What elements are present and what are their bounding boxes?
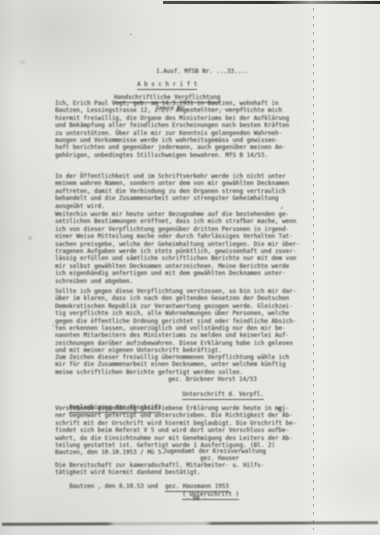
fold-line — [313, 8, 314, 530]
paragraph-2: In der Öffentlichkeit und im Schriftverk… — [55, 174, 289, 211]
text-line: ich eigenhändig anfertigen und mit dem g… — [55, 271, 300, 278]
certification-body: Vorstehende eigenhändig geschriebene Erk… — [55, 406, 296, 450]
text-line: gegen die öffentliche Ordnung gerichtet … — [55, 319, 296, 326]
margin-mark-dot: . — [129, 31, 133, 38]
text-line: Bautzen, Lessingstrasse 12, z.Zt. Angest… — [55, 108, 289, 115]
text-line: wahrt, da die Einsichtnahme nur mit Gene… — [55, 436, 296, 443]
scan-edge-artifact-top — [163, 1, 380, 4]
paper-speck — [52, 324, 55, 327]
text-line: behandelt und die Zusammenarbeit unter s… — [55, 196, 289, 203]
text-line: ausgeübt wird. — [55, 204, 289, 211]
text-line: schreiben und abgeben. — [55, 279, 300, 286]
page-number: - 98 - — [55, 496, 337, 503]
text-line: sachen preisgebe, welche der Geheimhaltu… — [55, 242, 300, 249]
text-line: gehörigen, unbedingtes Stillschweigen be… — [55, 153, 289, 160]
text-line: ner Gegenwart gefertigt und unterschrieb… — [55, 413, 296, 420]
paragraph-1: Ich, Erich Paul Vogt, geb. am 14.3.1931 … — [55, 101, 289, 160]
text-line: einer Weise Mitteilung mache oder durch … — [55, 234, 300, 241]
text-line: setzlichen Bestimmungen eröffnet, dass i… — [55, 219, 300, 226]
text-line: nannten Mitarbeitern des Ministeriums zu… — [55, 333, 296, 340]
text-line: haft berichten und gegenüber jedermann, … — [55, 145, 289, 152]
text-line: tig verpflichte ich mich, alle Wahrnehmu… — [55, 311, 296, 318]
margin-mark-comma: , — [280, 204, 284, 211]
text-line: und Bekämpfung aller feindlichen Erschei… — [55, 123, 289, 130]
scanned-document-page: 1.Ausf. MfSB Nr. ...33.... Serie Nr. ...… — [0, 0, 380, 535]
text-line: lässig erfüllen und sämtliche schriftlic… — [55, 256, 300, 263]
margin-mark-g: G. — [278, 408, 285, 415]
text-line: findet sich beim Referat V 5 und wird do… — [55, 428, 296, 435]
text-line: meinem wahren Namen, sondern unter dem v… — [55, 181, 289, 188]
paragraph-4: Sollte ich gegen diese Verpflichtung ver… — [55, 289, 296, 356]
endorsement-date-text: Bautzen , den 8.10.53 und — [69, 484, 165, 490]
scan-edge-artifact-bottom — [2, 519, 378, 527]
paragraph-5: Zum Zeichen dieser freiwillig übernommen… — [55, 355, 289, 377]
signature-caption-line: Unterschrift d. Verpfl. — [168, 385, 264, 407]
certification-date-line: Bautzen, den 10.10.1953 / Mü 5. — [55, 450, 165, 457]
text-line: mir für die Zusammenarbeit einen Decknam… — [55, 362, 289, 369]
signature-caption-text: Unterschrift d. Verpfl. — [182, 392, 264, 400]
paper-speck — [28, 236, 32, 240]
text-line: über im klaren, dass ich nach den gelten… — [55, 296, 296, 303]
paper-speck — [20, 60, 25, 64]
paragraph-3: Weiterhin wurde mir heute unter Bezugnah… — [55, 212, 300, 286]
text-line: zu unterstützen. Über alle mir zur Kennt… — [55, 131, 289, 138]
signature-name-line: gez. Brückner Horst 14/53 — [168, 377, 257, 384]
